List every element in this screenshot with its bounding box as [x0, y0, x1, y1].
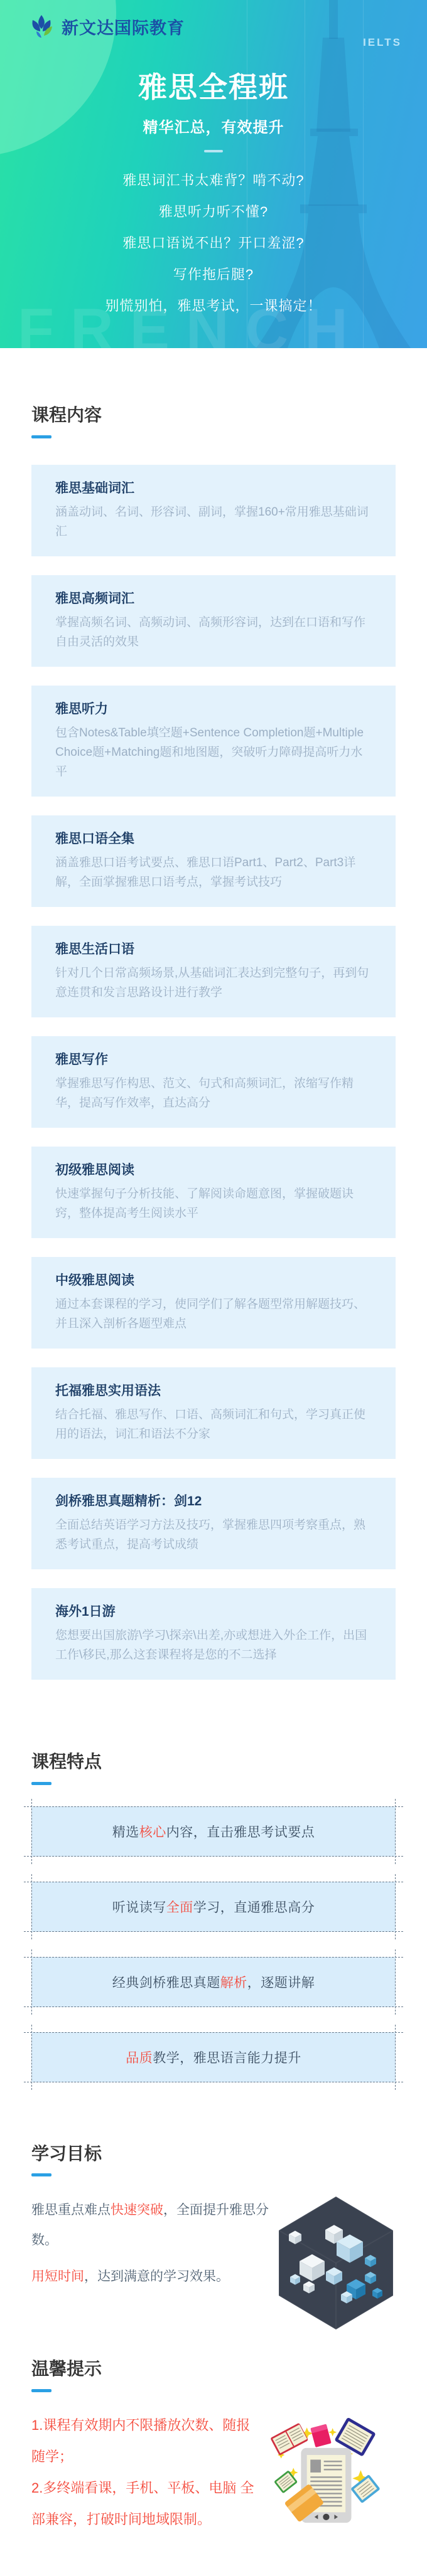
plain-text: 教学，雅思语言能力提升	[153, 2048, 301, 2067]
banner-question: 雅思听力听不懂?	[0, 196, 427, 228]
course-card: 中级雅思阅读通过本套课程的学习，使同学们了解各题型常用解题技巧、并且深入剖析各题…	[31, 1257, 396, 1349]
highlight-text: 核心	[139, 1822, 166, 1841]
course-card-desc: 掌握高频名词、高频动词、高频形容词，达到在口语和写作自由灵活的效果	[55, 613, 372, 652]
course-card-title: 雅思高频词汇	[55, 590, 372, 608]
course-card-desc: 掌握雅思写作构思、范文、句式和高频词汇，浓缩写作精华，提高写作效率，直达高分	[55, 1074, 372, 1113]
course-card-desc: 全面总结英语学习方法及技巧，掌握雅思四项考察重点，熟悉考试重点，提高考试成绩	[55, 1515, 372, 1554]
course-card-title: 初级雅思阅读	[55, 1162, 372, 1179]
feature-card: 经典剑桥雅思真题解析，逐题讲解	[31, 1957, 396, 2007]
course-card-desc: 涵盖动词、名词、形容词、副词，掌握160+常用雅思基础词汇	[55, 502, 372, 541]
section-course-content: 课程内容 雅思基础词汇涵盖动词、名词、形容词、副词，掌握160+常用雅思基础词汇…	[0, 348, 427, 1680]
plain-text: 精选	[112, 1822, 139, 1841]
section-title: 学习目标	[31, 2142, 396, 2166]
section-title: 课程特点	[31, 1750, 396, 1774]
highlight-text: 用短时间	[31, 2269, 84, 2284]
banner-subtitle: 精华汇总，有效提升	[0, 115, 427, 137]
logo: 新文达国际教育	[28, 13, 185, 40]
feature-card: 精选核心内容，直击雅思考试要点	[31, 1806, 396, 1857]
course-card-title: 雅思生活口语	[55, 941, 372, 958]
highlight-text: 品质	[126, 2048, 153, 2067]
course-card: 剑桥雅思真题精析：剑12全面总结英语学习方法及技巧，掌握雅思四项考察重点，熟悉考…	[31, 1478, 396, 1569]
section-title-underline	[31, 2173, 51, 2176]
banner-divider	[204, 150, 223, 152]
course-card-list: 雅思基础词汇涵盖动词、名词、形容词、副词，掌握160+常用雅思基础词汇雅思高频词…	[31, 465, 396, 1680]
course-card-desc: 快速掌握句子分析技能、了解阅读命题意图，掌握破题诀窍，整体提高考生阅读水平	[55, 1184, 372, 1223]
course-card-desc: 通过本套课程的学习，使同学们了解各题型常用解题技巧、并且深入剖析各题型难点	[55, 1295, 372, 1333]
section-title-underline	[31, 1782, 51, 1785]
course-card: 雅思生活口语针对几个日常高频场景,从基础词汇表达到完整句子，再到句意连贯和发言思…	[31, 926, 396, 1017]
ereader-books-sparkles-illustration	[261, 2410, 396, 2535]
banner-question: 雅思口语说不出？开口羞涩?	[0, 228, 427, 259]
exam-label: IELTS	[363, 36, 402, 49]
section-learning-goals: 学习目标 雅思重点难点快速突破，全面提升雅思分数。用短时间，达到满意的学习效果。	[0, 2107, 427, 2331]
plain-text: ，达到满意的学习效果。	[84, 2269, 229, 2284]
tip-line: 2.多终端看课，手机、平板、电脑 全部兼容，打破时间地域限制。	[31, 2473, 261, 2535]
highlight-text: 1.课程有效期内不限播放次数、随报随学；	[31, 2417, 250, 2464]
course-card-title: 雅思听力	[55, 701, 372, 718]
plain-text: 学习，直通雅思高分	[193, 1897, 315, 1916]
course-card-title: 雅思基础词汇	[55, 480, 372, 497]
bottom-spacer	[0, 2535, 427, 2575]
plain-text: ，逐题讲解	[247, 1973, 315, 1991]
course-card: 雅思写作掌握雅思写作构思、范文、句式和高频词汇，浓缩写作精华，提高写作效率，直达…	[31, 1036, 396, 1128]
section-title-underline	[31, 435, 51, 438]
section-course-features: 课程特点 精选核心内容，直击雅思考试要点听说读写全面学习，直通雅思高分经典剑桥雅…	[0, 1699, 427, 2082]
plain-text: 雅思重点难点	[31, 2203, 111, 2217]
learning-goals-text: 雅思重点难点快速突破，全面提升雅思分数。用短时间，达到满意的学习效果。	[31, 2195, 273, 2331]
section-title: 温馨提示	[31, 2357, 396, 2381]
tips-text: 1.课程有效期内不限播放次数、随报随学；2.多终端看课，手机、平板、电脑 全部兼…	[31, 2410, 261, 2535]
goal-paragraph: 雅思重点难点快速突破，全面提升雅思分数。	[31, 2195, 273, 2255]
highlight-text: 解析	[220, 1973, 247, 1991]
banner: 新文达国际教育 IELTS 雅思全程班 精华汇总，有效提升 雅思词汇书太难背？啃…	[0, 0, 427, 348]
course-card-desc: 您想要出国旅游\学习\探亲\出差,亦或想进入外企工作，出国工作\移民,那么这套课…	[55, 1626, 372, 1665]
page: 新文达国际教育 IELTS 雅思全程班 精华汇总，有效提升 雅思词汇书太难背？啃…	[0, 0, 427, 2576]
course-card: 雅思听力包含Notes&Table填空题+Sentence Completion…	[31, 686, 396, 797]
course-card: 雅思基础词汇涵盖动词、名词、形容词、副词，掌握160+常用雅思基础词汇	[31, 465, 396, 556]
highlight-text: 快速突破	[111, 2203, 163, 2217]
plain-text: 内容，直击雅思考试要点	[166, 1822, 315, 1841]
tip-line: 1.课程有效期内不限播放次数、随报随学；	[31, 2410, 261, 2473]
banner-question: 雅思词汇书太难背？啃不动?	[0, 165, 427, 196]
plain-text: 经典剑桥雅思真题	[112, 1973, 220, 1991]
course-card: 雅思口语全集涵盖雅思口语考试要点、雅思口语Part1、Part2、Part3详解…	[31, 815, 396, 907]
course-card: 初级雅思阅读快速掌握句子分析技能、了解阅读命题意图，掌握破题诀窍，整体提高考生阅…	[31, 1147, 396, 1238]
feature-card: 品质教学，雅思语言能力提升	[31, 2032, 396, 2082]
banner-questions: 雅思词汇书太难背？啃不动?雅思听力听不懂?雅思口语说不出？开口羞涩?写作拖后腿?…	[0, 165, 427, 322]
course-card-title: 托福雅思实用语法	[55, 1382, 372, 1400]
section-title-underline	[31, 2389, 51, 2392]
course-card-title: 雅思写作	[55, 1051, 372, 1069]
isometric-cubes-hexagon-illustration	[276, 2195, 396, 2331]
course-card: 雅思高频词汇掌握高频名词、高频动词、高频形容词，达到在口语和写作自由灵活的效果	[31, 575, 396, 667]
course-card-desc: 结合托福、雅思写作、口语、高频词汇和句式，学习真正使用的语法，词汇和语法不分家	[55, 1405, 372, 1444]
course-card-title: 中级雅思阅读	[55, 1272, 372, 1290]
highlight-text: 2.多终端看课，手机、平板、电脑 全部兼容，打破时间地域限制。	[31, 2480, 254, 2527]
logo-flower-icon	[28, 13, 55, 40]
course-card-desc: 涵盖雅思口语考试要点、雅思口语Part1、Part2、Part3详解，全面掌握雅…	[55, 853, 372, 892]
goal-paragraph: 用短时间，达到满意的学习效果。	[31, 2262, 273, 2292]
plain-text: 听说读写	[112, 1897, 166, 1916]
course-card: 托福雅思实用语法结合托福、雅思写作、口语、高频词汇和句式，学习真正使用的语法，词…	[31, 1367, 396, 1459]
course-card-title: 海外1日游	[55, 1603, 372, 1621]
section-title: 课程内容	[31, 403, 396, 427]
course-card-desc: 针对几个日常高频场景,从基础词汇表达到完整句子，再到句意连贯和发言思路设计进行教…	[55, 963, 372, 1002]
feature-list: 精选核心内容，直击雅思考试要点听说读写全面学习，直通雅思高分经典剑桥雅思真题解析…	[31, 1806, 396, 2082]
section-tips: 温馨提示 1.课程有效期内不限播放次数、随报随学；2.多终端看课，手机、平板、电…	[0, 2331, 427, 2535]
logo-text: 新文达国际教育	[62, 14, 185, 39]
banner-title: 雅思全程班	[0, 70, 427, 105]
course-card-title: 剑桥雅思真题精析：剑12	[55, 1493, 372, 1510]
course-card: 海外1日游您想要出国旅游\学习\探亲\出差,亦或想进入外企工作，出国工作\移民,…	[31, 1588, 396, 1680]
feature-card: 听说读写全面学习，直通雅思高分	[31, 1882, 396, 1932]
banner-question: 别慌别怕，雅思考试，一课搞定！	[0, 290, 427, 322]
banner-question: 写作拖后腿?	[0, 259, 427, 290]
course-card-desc: 包含Notes&Table填空题+Sentence Completion题+Mu…	[55, 723, 372, 782]
course-card-title: 雅思口语全集	[55, 830, 372, 848]
highlight-text: 全面	[166, 1897, 193, 1916]
